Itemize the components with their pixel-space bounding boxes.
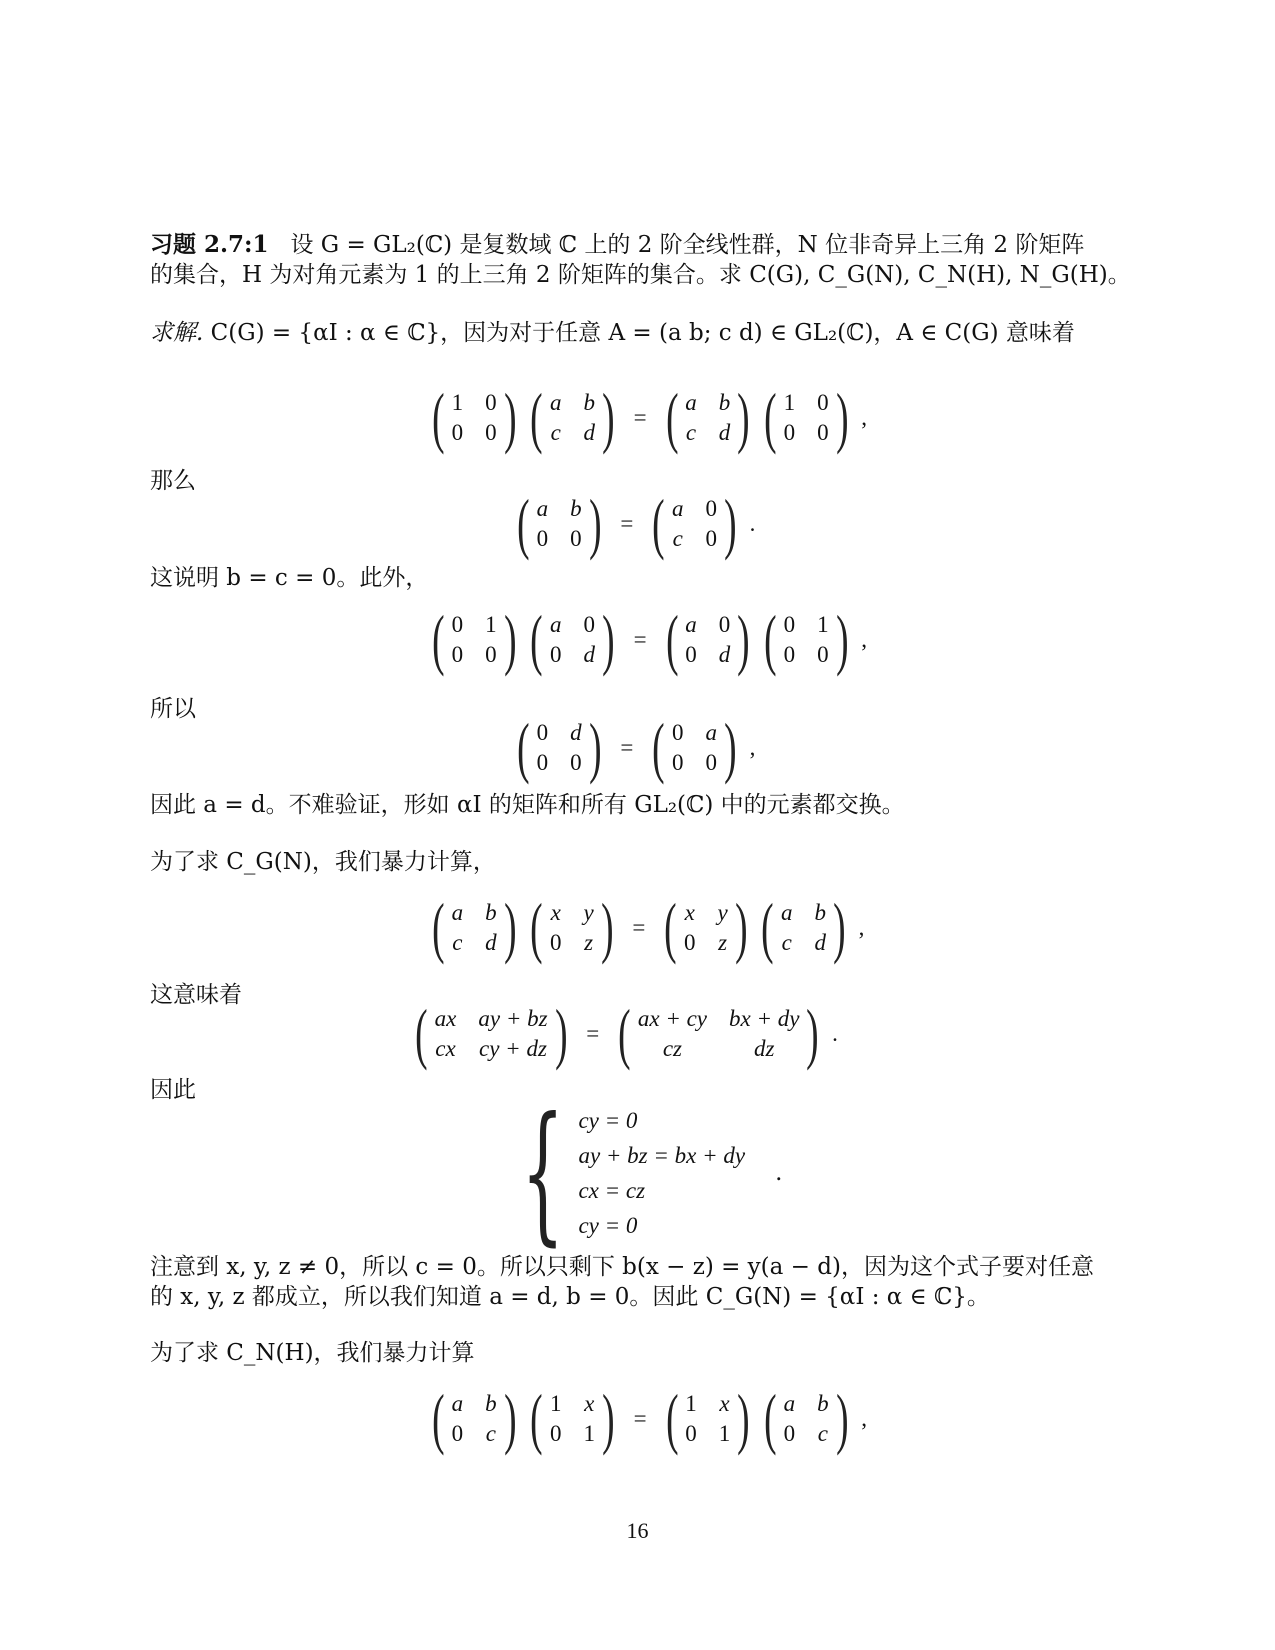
therefore-label: 因此 <box>150 1075 196 1105</box>
exercise-line-2: 的集合，H 为对角元素为 1 的上三角 2 阶矩阵的集合。求 C(G), C_G… <box>150 260 1131 290</box>
cnh-intro: 为了求 C_N(H)，我们暴力计算 <box>150 1338 475 1368</box>
conclusion-2: 因此 a = d。不难验证，形如 αI 的矩阵和所有 GL₂(ℂ) 中的元素都交… <box>150 790 905 820</box>
note-line-2: 的 x, y, z 都成立，所以我们知道 a = d, b = 0。因此 C_G… <box>150 1282 990 1312</box>
equation-4: (0d00) = (0a00) , <box>510 718 755 778</box>
document-page: 习题 2.7:1 设 G = GL₂(ℂ) 是复数域 ℂ 上的 2 阶全线性群，… <box>0 0 1275 1650</box>
equation-5: (abcd) (xy0z) = (xy0z) (abcd) , <box>425 898 864 958</box>
conclusion-1: 这说明 b = c = 0。此外， <box>150 563 428 593</box>
exercise-text-2: 的集合，H 为对角元素为 1 的上三角 2 阶矩阵的集合。求 C(G), C_G… <box>150 262 1131 288</box>
exercise-text-1: 设 G = GL₂(ℂ) 是复数域 ℂ 上的 2 阶全线性群，N 位非奇异上三角… <box>290 232 1084 258</box>
equation-2: (ab00) = (a0c0) . <box>510 494 755 554</box>
equation-system: { cy = 0 ay + bz = bx + dy cx = cz cy = … <box>495 1103 782 1243</box>
exercise-label: 习题 2.7:1 <box>150 231 269 258</box>
equation-6: (axay + bzcxcy + dz) = (ax + cybx + dycz… <box>408 1004 838 1064</box>
cgn-intro: 为了求 C_G(N)，我们暴力计算， <box>150 847 496 877</box>
so-label: 所以 <box>150 694 196 724</box>
then-label: 那么 <box>150 466 196 496</box>
solution-intro-text: C(G) = {αI : α ∈ ℂ}，因为对于任意 A = (a b; c d… <box>211 320 1075 346</box>
means-label: 这意味着 <box>150 980 242 1010</box>
matrix: (1000) <box>759 388 853 448</box>
matrix: (abcd) <box>661 388 755 448</box>
note-line-1: 注意到 x, y, z ≠ 0，所以 c = 0。所以只剩下 b(x − z) … <box>150 1252 1094 1282</box>
matrix: (1000) <box>427 388 521 448</box>
left-brace-icon: { <box>521 1108 564 1238</box>
equation-7: (ab0c) (1x01) = (1x01) (ab0c) , <box>425 1389 867 1449</box>
equation-1: (1000) (abcd) = (abcd) (1000) , <box>425 388 867 448</box>
page-number: 16 <box>0 1518 1275 1544</box>
matrix: (abcd) <box>525 388 619 448</box>
exercise-line-1: 习题 2.7:1 设 G = GL₂(ℂ) 是复数域 ℂ 上的 2 阶全线性群，… <box>150 230 1084 260</box>
equation-3: (0100) (a00d) = (a00d) (0100) , <box>425 610 867 670</box>
solution-label: 求解. <box>150 320 203 346</box>
solution-intro: 求解. C(G) = {αI : α ∈ ℂ}，因为对于任意 A = (a b;… <box>150 318 1075 348</box>
